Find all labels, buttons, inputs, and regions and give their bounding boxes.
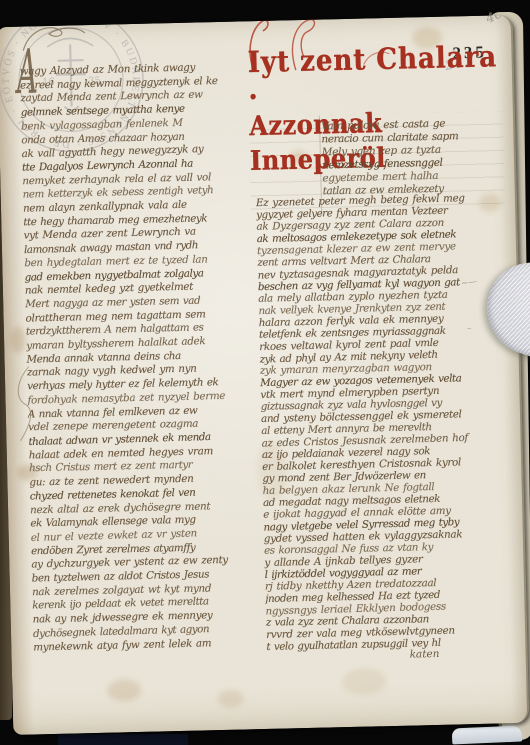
pencil-folio-number: 467 <box>484 15 513 27</box>
underlying-page-corner <box>452 725 523 744</box>
stain <box>10 327 27 353</box>
manuscript-page: · UNIV · BUDAPESTINENSIS · DE · ROL · EÖ… <box>0 15 529 735</box>
stain <box>107 679 142 702</box>
right-text-column: Ez yzenetet peter megh beteg fekwl megyg… <box>256 191 517 653</box>
left-text-column: wagy Alozyad az Mon tkink awagyez reel n… <box>20 60 266 655</box>
manuscript-photo: · UNIV · BUDAPESTINENSIS · DE · ROL · EÖ… <box>0 0 530 745</box>
stain <box>342 668 387 695</box>
stain <box>217 690 243 709</box>
margin-ink-mark: – <box>467 324 472 334</box>
incipit-block: Vam pulcra est casta generacio cum clari… <box>321 116 505 198</box>
final-word: katen <box>409 648 439 661</box>
background-shadow <box>58 734 188 745</box>
